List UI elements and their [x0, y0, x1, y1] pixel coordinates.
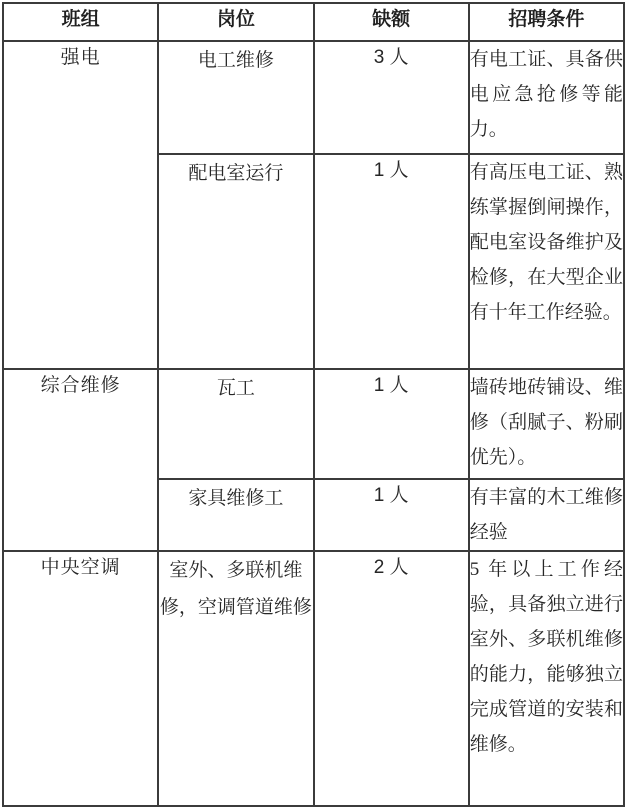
requirements-cell: 墙砖地砖铺设、维修（刮腻子、粉刷优先）。 — [469, 369, 624, 479]
header-cell-team: 班组 — [3, 3, 158, 41]
vacancy-cell: 3 人 — [314, 41, 469, 154]
requirements-cell: 有电工证、具备供电应急抢修等能力。 — [469, 41, 624, 154]
recruitment-table: 班组 岗位 缺额 招聘条件 强电 电工维修 3 人 有电工证、具备供电应急抢修等… — [2, 2, 625, 807]
table-row: 强电 电工维修 3 人 有电工证、具备供电应急抢修等能力。 — [3, 41, 624, 154]
group-cell-general-maintenance: 综合维修 — [3, 369, 158, 551]
vacancy-cell: 1 人 — [314, 479, 469, 551]
requirements-cell: 5 年以上工作经验，具备独立进行室外、多联机维修的能力，能够独立完成管道的安装和… — [469, 551, 624, 806]
group-cell-central-ac: 中央空调 — [3, 551, 158, 806]
position-cell: 电工维修 — [158, 41, 313, 154]
table-header-row: 班组 岗位 缺额 招聘条件 — [3, 3, 624, 41]
position-cell: 室外、多联机维修，空调管道维修 — [158, 551, 313, 806]
table-row: 综合维修 瓦工 1 人 墙砖地砖铺设、维修（刮腻子、粉刷优先）。 — [3, 369, 624, 479]
position-cell: 瓦工 — [158, 369, 313, 479]
header-cell-position: 岗位 — [158, 3, 313, 41]
position-cell: 家具维修工 — [158, 479, 313, 551]
header-cell-requirements: 招聘条件 — [469, 3, 624, 41]
document-page: 班组 岗位 缺额 招聘条件 强电 电工维修 3 人 有电工证、具备供电应急抢修等… — [0, 0, 627, 812]
vacancy-cell: 1 人 — [314, 154, 469, 369]
requirements-cell: 有高压电工证、熟练掌握倒闸操作，配电室设备维护及检修，在大型企业有十年工作经验。 — [469, 154, 624, 369]
table-row: 中央空调 室外、多联机维修，空调管道维修 2 人 5 年以上工作经验，具备独立进… — [3, 551, 624, 806]
vacancy-cell: 2 人 — [314, 551, 469, 806]
group-cell-strong-electric: 强电 — [3, 41, 158, 369]
header-cell-vacancy: 缺额 — [314, 3, 469, 41]
requirements-cell: 有丰富的木工维修经验 — [469, 479, 624, 551]
vacancy-cell: 1 人 — [314, 369, 469, 479]
position-cell: 配电室运行 — [158, 154, 313, 369]
